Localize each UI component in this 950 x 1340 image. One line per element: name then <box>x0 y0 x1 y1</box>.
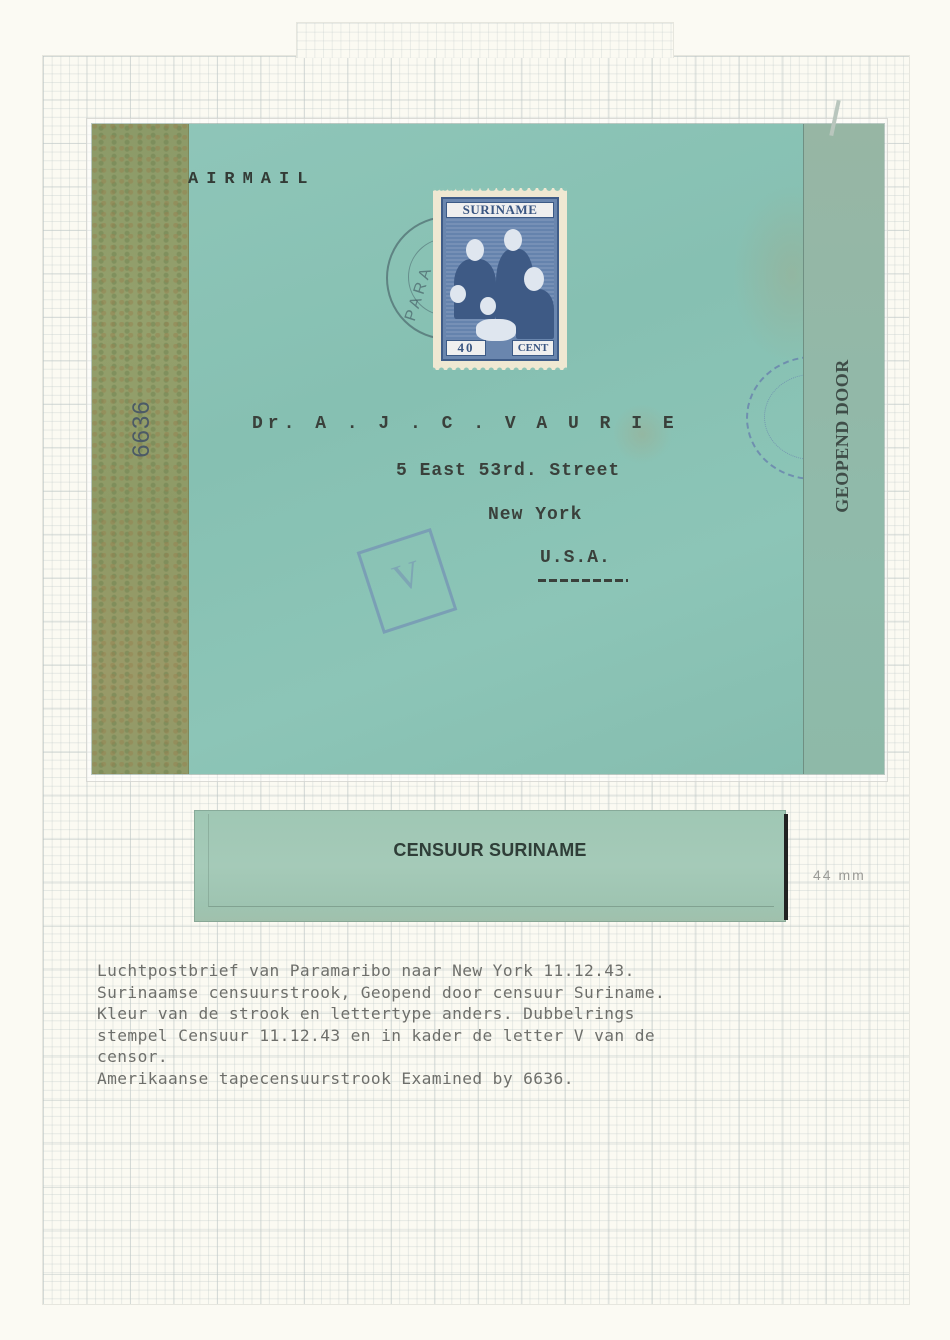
suriname-censor-strip: GEOPEND DOOR <box>803 124 884 774</box>
airmail-cover: 6636 AIRMAIL PARA SURINAME 40 CENT Dr. A… <box>92 124 884 774</box>
description-line: stempel Censuur 11.12.43 en in kader de … <box>97 1025 857 1047</box>
address-street: 5 East 53rd. Street <box>396 461 620 481</box>
address-country: U.S.A. <box>540 548 611 568</box>
geopend-door-label: GEOPEND DOOR <box>832 336 856 536</box>
description-line: Kleur van de strook en lettertype anders… <box>97 1003 857 1025</box>
description-line: Luchtpostbrief van Paramaribo naar New Y… <box>97 960 857 982</box>
address-underline <box>538 579 628 582</box>
description-line: Surinaamse censuurstrook, Geopend door c… <box>97 982 857 1004</box>
strip-width-note: 44 mm <box>813 867 866 883</box>
airmail-label: AIRMAIL <box>188 170 315 189</box>
censor-box-handstamp: V <box>357 528 458 634</box>
stain <box>612 404 672 464</box>
examiner-number: 6636 <box>107 399 177 459</box>
album-page-grid-top <box>296 22 674 58</box>
strip-label: CENSUUR SURINAME <box>194 840 786 861</box>
us-censor-tape: 6636 <box>92 124 189 774</box>
addressee-name: Dr. A . J . C . V A U R I E <box>252 414 679 434</box>
description-line: censor. <box>97 1046 857 1068</box>
address-city: New York <box>488 505 582 525</box>
description-line: Amerikaanse tapecensuurstrook Examined b… <box>97 1068 857 1090</box>
stamp-perforations <box>433 188 567 370</box>
censuur-suriname-strip-sample: CENSUUR SURINAME <box>194 810 786 922</box>
censor-letter: V <box>388 551 428 601</box>
album-description: Luchtpostbrief van Paramaribo naar New Y… <box>97 960 857 1090</box>
